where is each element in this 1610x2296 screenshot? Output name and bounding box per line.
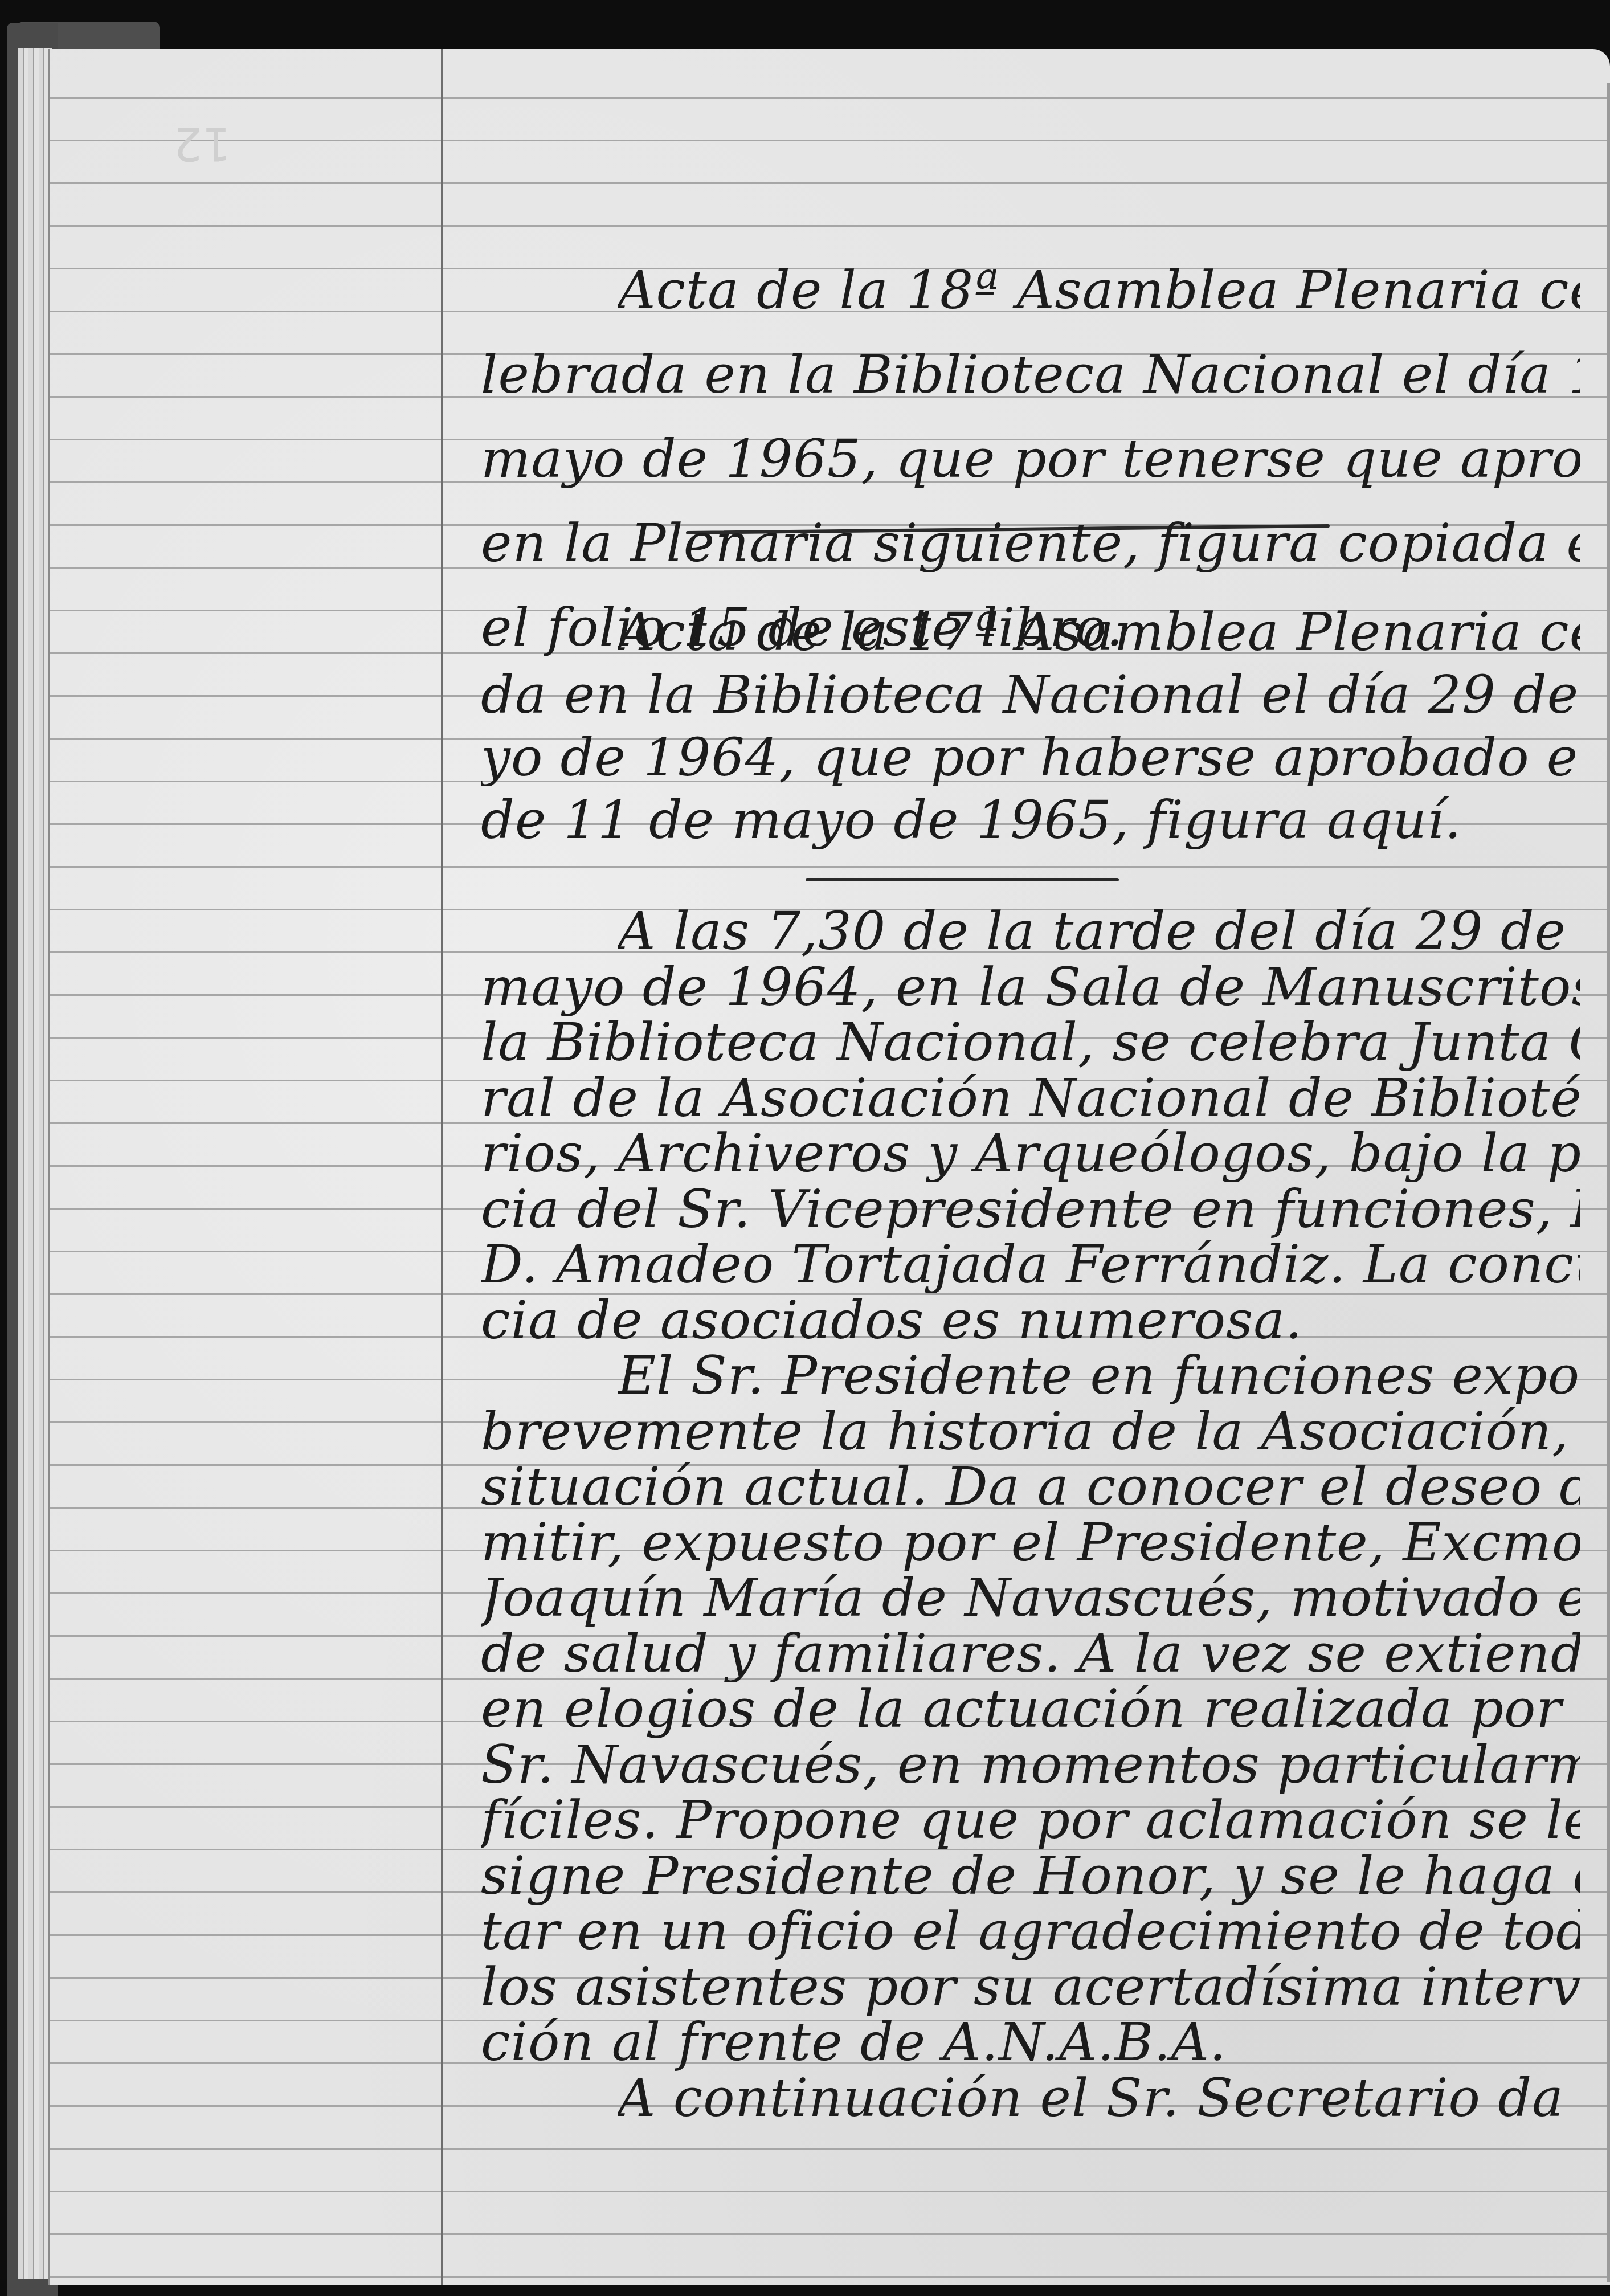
handwritten-line: de 11 de mayo de 1965, figura aquí. [481,792,1580,849]
handwritten-line: ral de la Asociación Nacional de Bibliot… [481,1070,1580,1127]
handwritten-line: mitir, expuesto por el Presidente, Excmo… [481,1514,1580,1571]
handwritten-line: Joaquín María de Navascués, motivado en … [481,1570,1580,1627]
handwritten-line: Sr. Navascués, en momentos particularmen… [481,1737,1580,1794]
handwritten-line: rios, Archiveros y Arqueólogos, bajo la … [481,1125,1580,1182]
handwritten-line: ción al frente de A.N.A.B.A. [481,2014,1580,2071]
handwritten-line: da en la Biblioteca Nacional el día 29 d… [481,667,1580,724]
handwritten-line: mayo de 1965, que por tenerse que aproba… [481,431,1580,488]
ruled-line [48,2276,1610,2278]
page-right-edge [1607,83,1610,2282]
ruled-line [48,866,1610,868]
handwritten-line: tar en un oficio el agradecimiento de to… [481,1903,1580,1960]
ruled-line [48,182,1610,184]
page-gutter-rule [48,49,50,2285]
handwritten-line: en la Plenaria siguiente, figura copiada… [481,515,1580,572]
handwritten-line: situación actual. Da a conocer el deseo … [481,1459,1580,1515]
ruled-line [48,97,1610,99]
handwritten-line: mayo de 1964, en la Sala de Manuscritos … [481,959,1580,1016]
handwritten-line: la Biblioteca Nacional, se celebra Junta… [481,1014,1580,1071]
ruled-line [48,225,1610,227]
handwritten-line: brevemente la historia de la Asociación,… [481,1403,1580,1460]
handwritten-line: yo de 1964, que por haberse aprobado en … [481,729,1580,786]
handwritten-line: en elogios de la actuación realizada por… [481,1681,1580,1738]
handwritten-line: A las 7,30 de la tarde del día 29 de - [618,903,1580,960]
section-separator [806,878,1119,881]
handwritten-line: de salud y familiares. A la vez se extie… [481,1625,1580,1682]
handwritten-line: El Sr. Presidente en funciones expone [618,1347,1580,1404]
ledger-page: 12 Acta de la 18ª Asamblea Plenaria ce-l… [48,49,1610,2285]
ruled-line [48,2191,1610,2192]
margin-rule [441,49,443,2285]
handwritten-line: Acta de la 17ª Asamblea Plenaria celebra… [618,604,1580,661]
page-stack-edge [18,48,52,2279]
handwritten-line: cia del Sr. Vicepresidente en funciones,… [481,1181,1580,1238]
handwritten-line: lebrada en la Biblioteca Nacional el día… [481,346,1580,403]
page-number: 12 [173,117,231,170]
handwritten-line: fíciles. Propone que por aclamación se l… [481,1792,1580,1849]
handwritten-line: Acta de la 18ª Asamblea Plenaria ce- [618,262,1580,319]
handwritten-line: A continuación el Sr. Secretario da lec- [618,2070,1580,2127]
handwritten-line: D. Amadeo Tortajada Ferrándiz. La concur… [481,1236,1580,1293]
ruled-line [48,2233,1610,2235]
ruled-line [48,2148,1610,2150]
ruled-line [48,140,1610,141]
handwritten-line: signe Presidente de Honor, y se le haga … [481,1848,1580,1905]
handwritten-line: cia de asociados es numerosa. [481,1292,1580,1349]
handwritten-line: los asistentes por su acertadísima inter… [481,1959,1580,2016]
